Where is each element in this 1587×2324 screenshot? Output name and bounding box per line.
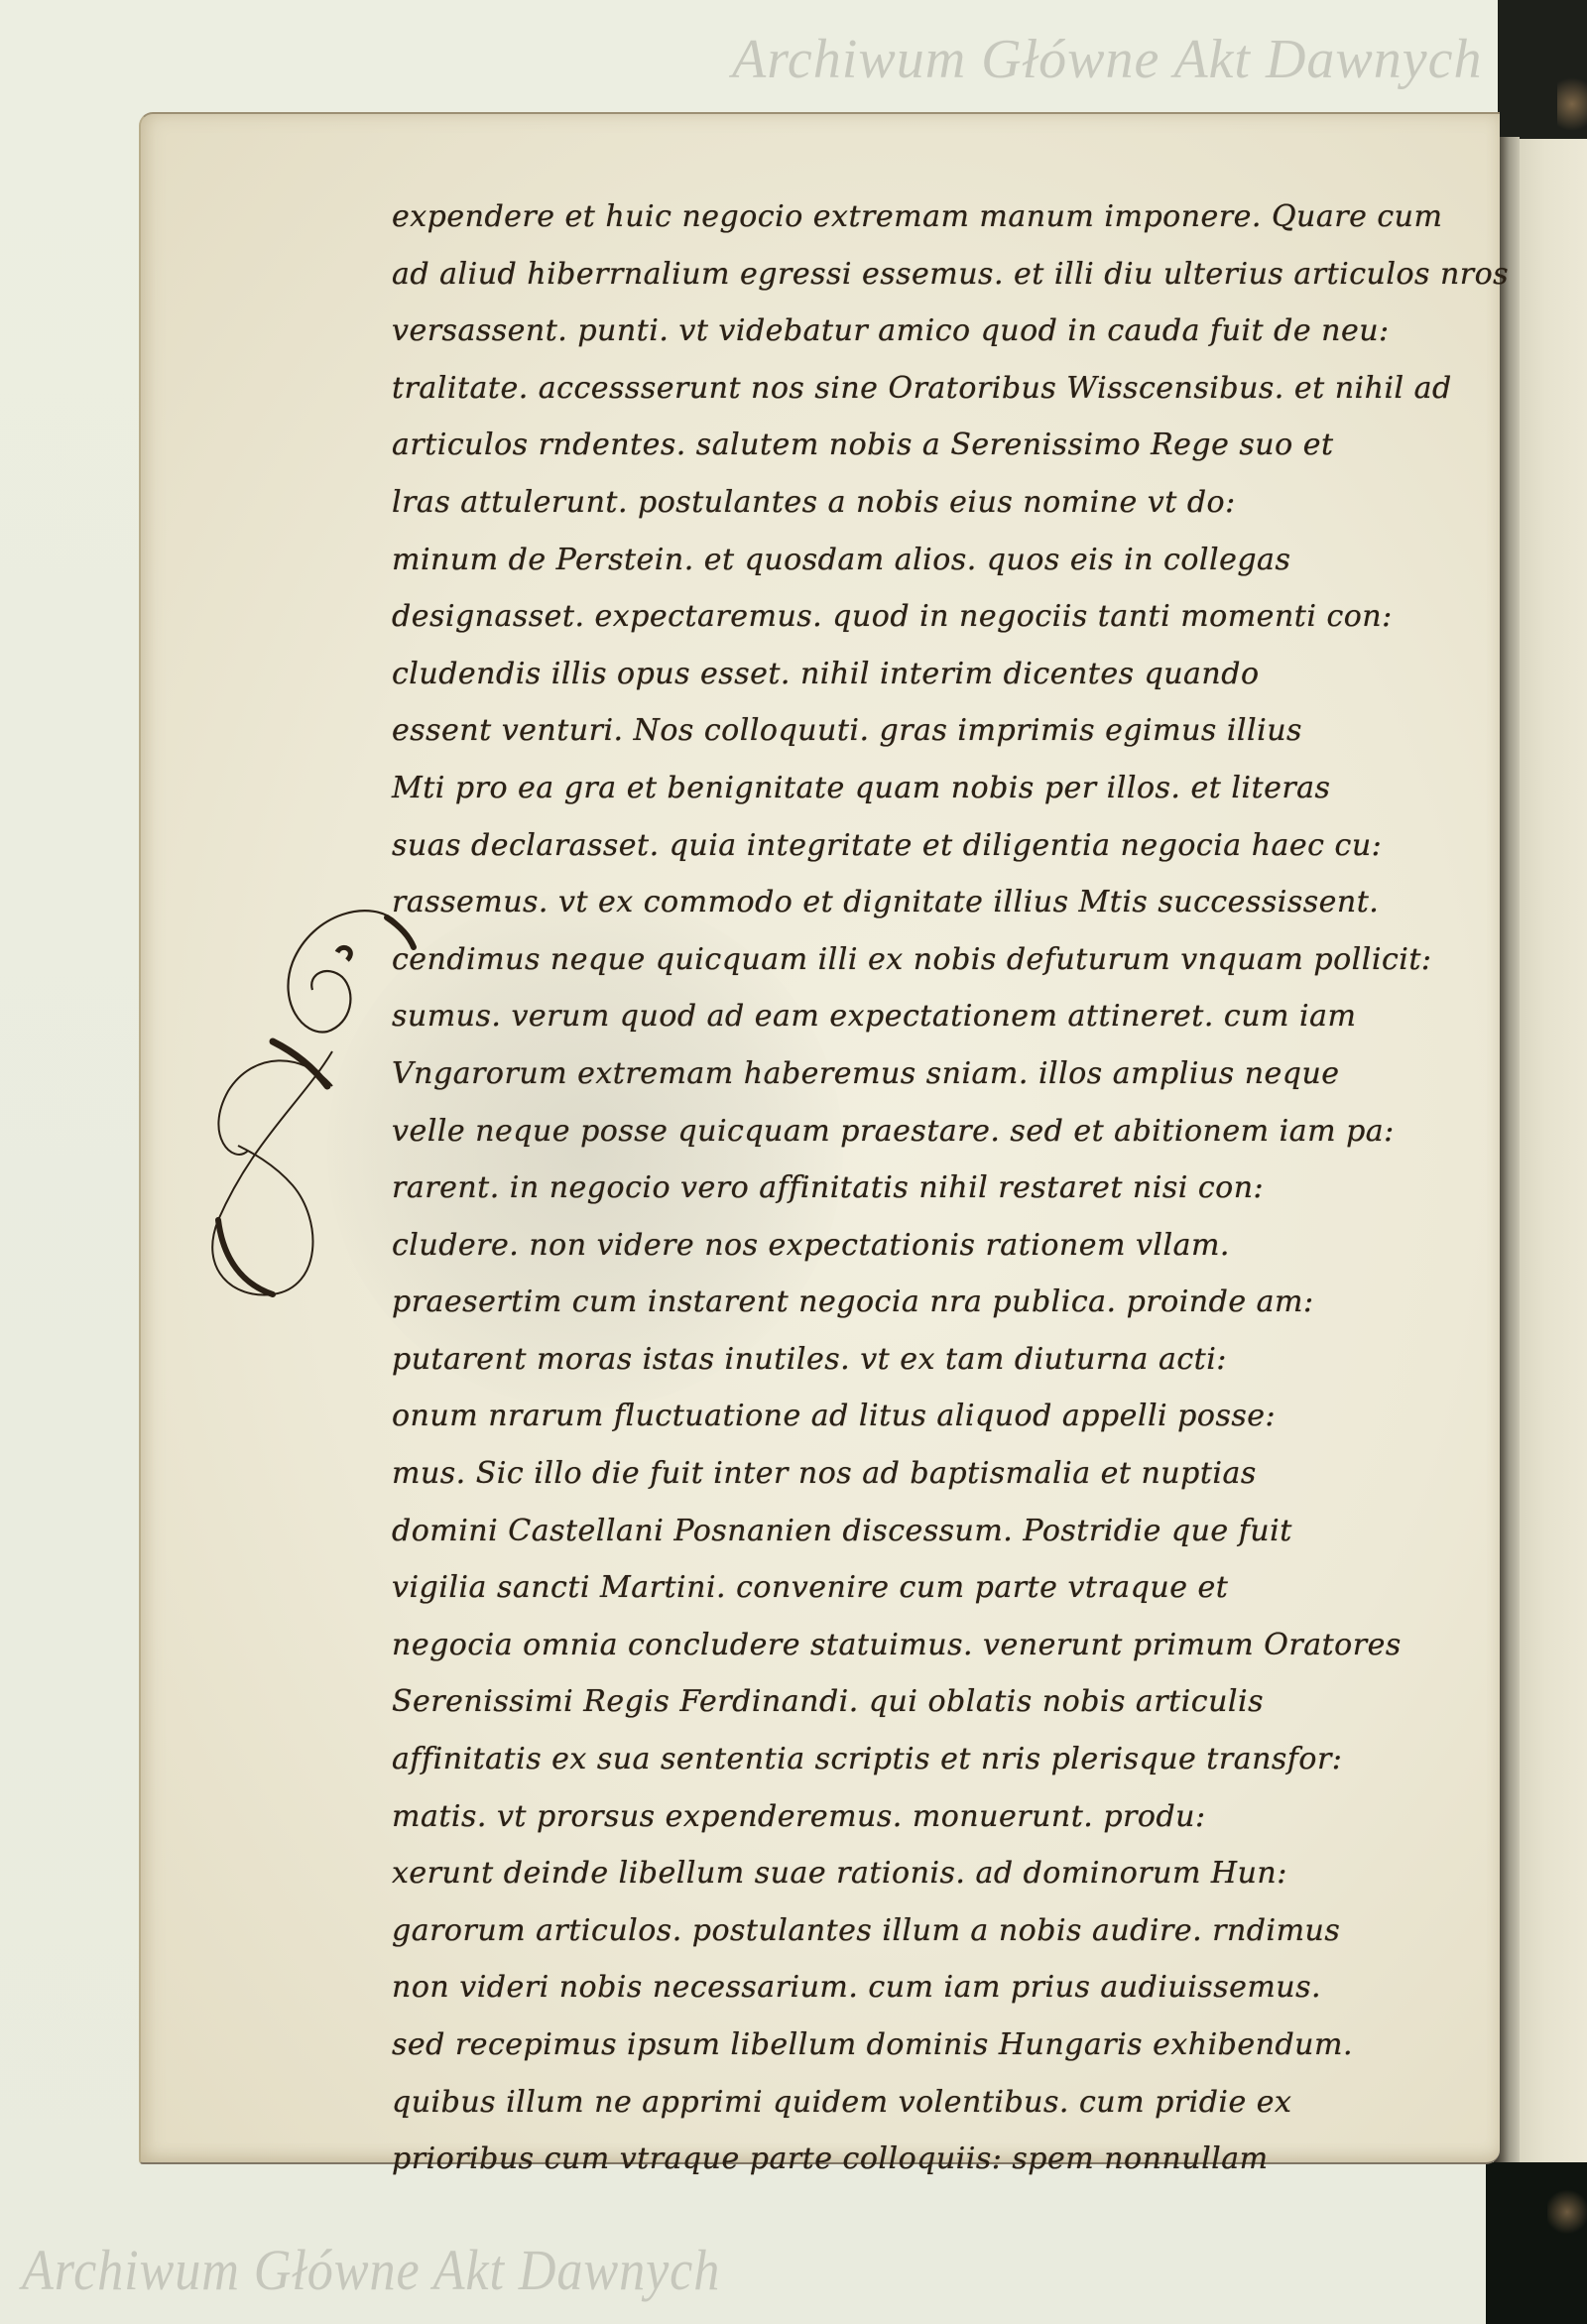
text-line: rarent. in negocio vero affinitatis nihi… [392,1160,1443,1217]
cover-stain [1547,2187,1587,2237]
text-line: versassent. punti. vt videbatur amico qu… [392,303,1443,360]
cover-stain [1557,69,1587,139]
text-line: domini Castellani Posnanien discessum. P… [392,1503,1443,1560]
text-line: cludendis illis opus esset. nihil interi… [392,646,1443,703]
text-line: prioribus cum vtraque parte colloquiis: … [392,2131,1443,2188]
facing-page-edge [1518,139,1587,2172]
text-line: putarent moras istas inutiles. vt ex tam… [392,1331,1443,1389]
archive-watermark-bottom: Archiwum Główne Akt Dawnych [22,2237,720,2303]
manuscript-text: expendere et huic negocio extremam manum… [392,188,1443,2188]
text-line: mus. Sic illo die fuit inter nos ad bapt… [392,1445,1443,1503]
text-line: rassemus. vt ex commodo et dignitate ill… [392,874,1443,931]
text-line: vigilia sancti Martini. convenire cum pa… [392,1559,1443,1617]
text-line: negocia omnia concludere statuimus. vene… [392,1617,1443,1674]
paragraph-flourish-icon [193,903,422,1319]
text-line: quibus illum ne apprimi quidem volentibu… [392,2074,1443,2132]
text-line: cendimus neque quicquam illi ex nobis de… [392,931,1443,989]
text-line: praesertim cum instarent negocia nra pub… [392,1274,1443,1331]
archive-watermark-top: Archiwum Główne Akt Dawnych [732,28,1482,91]
text-line: xerunt deinde libellum suae rationis. ad… [392,1845,1443,1902]
text-line: Mti pro ea gra et benignitate quam nobis… [392,760,1443,817]
text-line: matis. vt prorsus expenderemus. monuerun… [392,1788,1443,1846]
text-line: garorum articulos. postulantes illum a n… [392,1902,1443,1960]
text-line: cludere. non videre nos expectationis ra… [392,1217,1443,1275]
text-line: Serenissimi Regis Ferdinandi. qui oblati… [392,1673,1443,1731]
text-line: lras attulerunt. postulantes a nobis eiu… [392,474,1443,532]
text-line: tralitate. accessserunt nos sine Oratori… [392,360,1443,418]
text-line: essent venturi. Nos colloquuti. gras imp… [392,702,1443,760]
text-line: suas declarasset. quia integritate et di… [392,817,1443,875]
text-line: expendere et huic negocio extremam manum… [392,188,1443,246]
text-line: sumus. verum quod ad eam expectationem a… [392,988,1443,1045]
text-line: articulos rndentes. salutem nobis a Sere… [392,417,1443,474]
text-line: designasset. expectaremus. quod in negoc… [392,588,1443,646]
text-line: affinitatis ex sua sententia scriptis et… [392,1731,1443,1788]
text-line: ad aliud hiberrnalium egressi essemus. e… [392,246,1443,304]
text-line: onum nrarum fluctuatione ad litus aliquo… [392,1388,1443,1445]
text-line: velle neque posse quicquam praestare. se… [392,1103,1443,1161]
text-line: non videri nobis necessarium. cum iam pr… [392,1959,1443,2017]
text-line: Vngarorum extremam haberemus sniam. illo… [392,1045,1443,1103]
text-line: sed recepimus ipsum libellum dominis Hun… [392,2017,1443,2074]
text-line: minum de Perstein. et quosdam alios. quo… [392,532,1443,589]
